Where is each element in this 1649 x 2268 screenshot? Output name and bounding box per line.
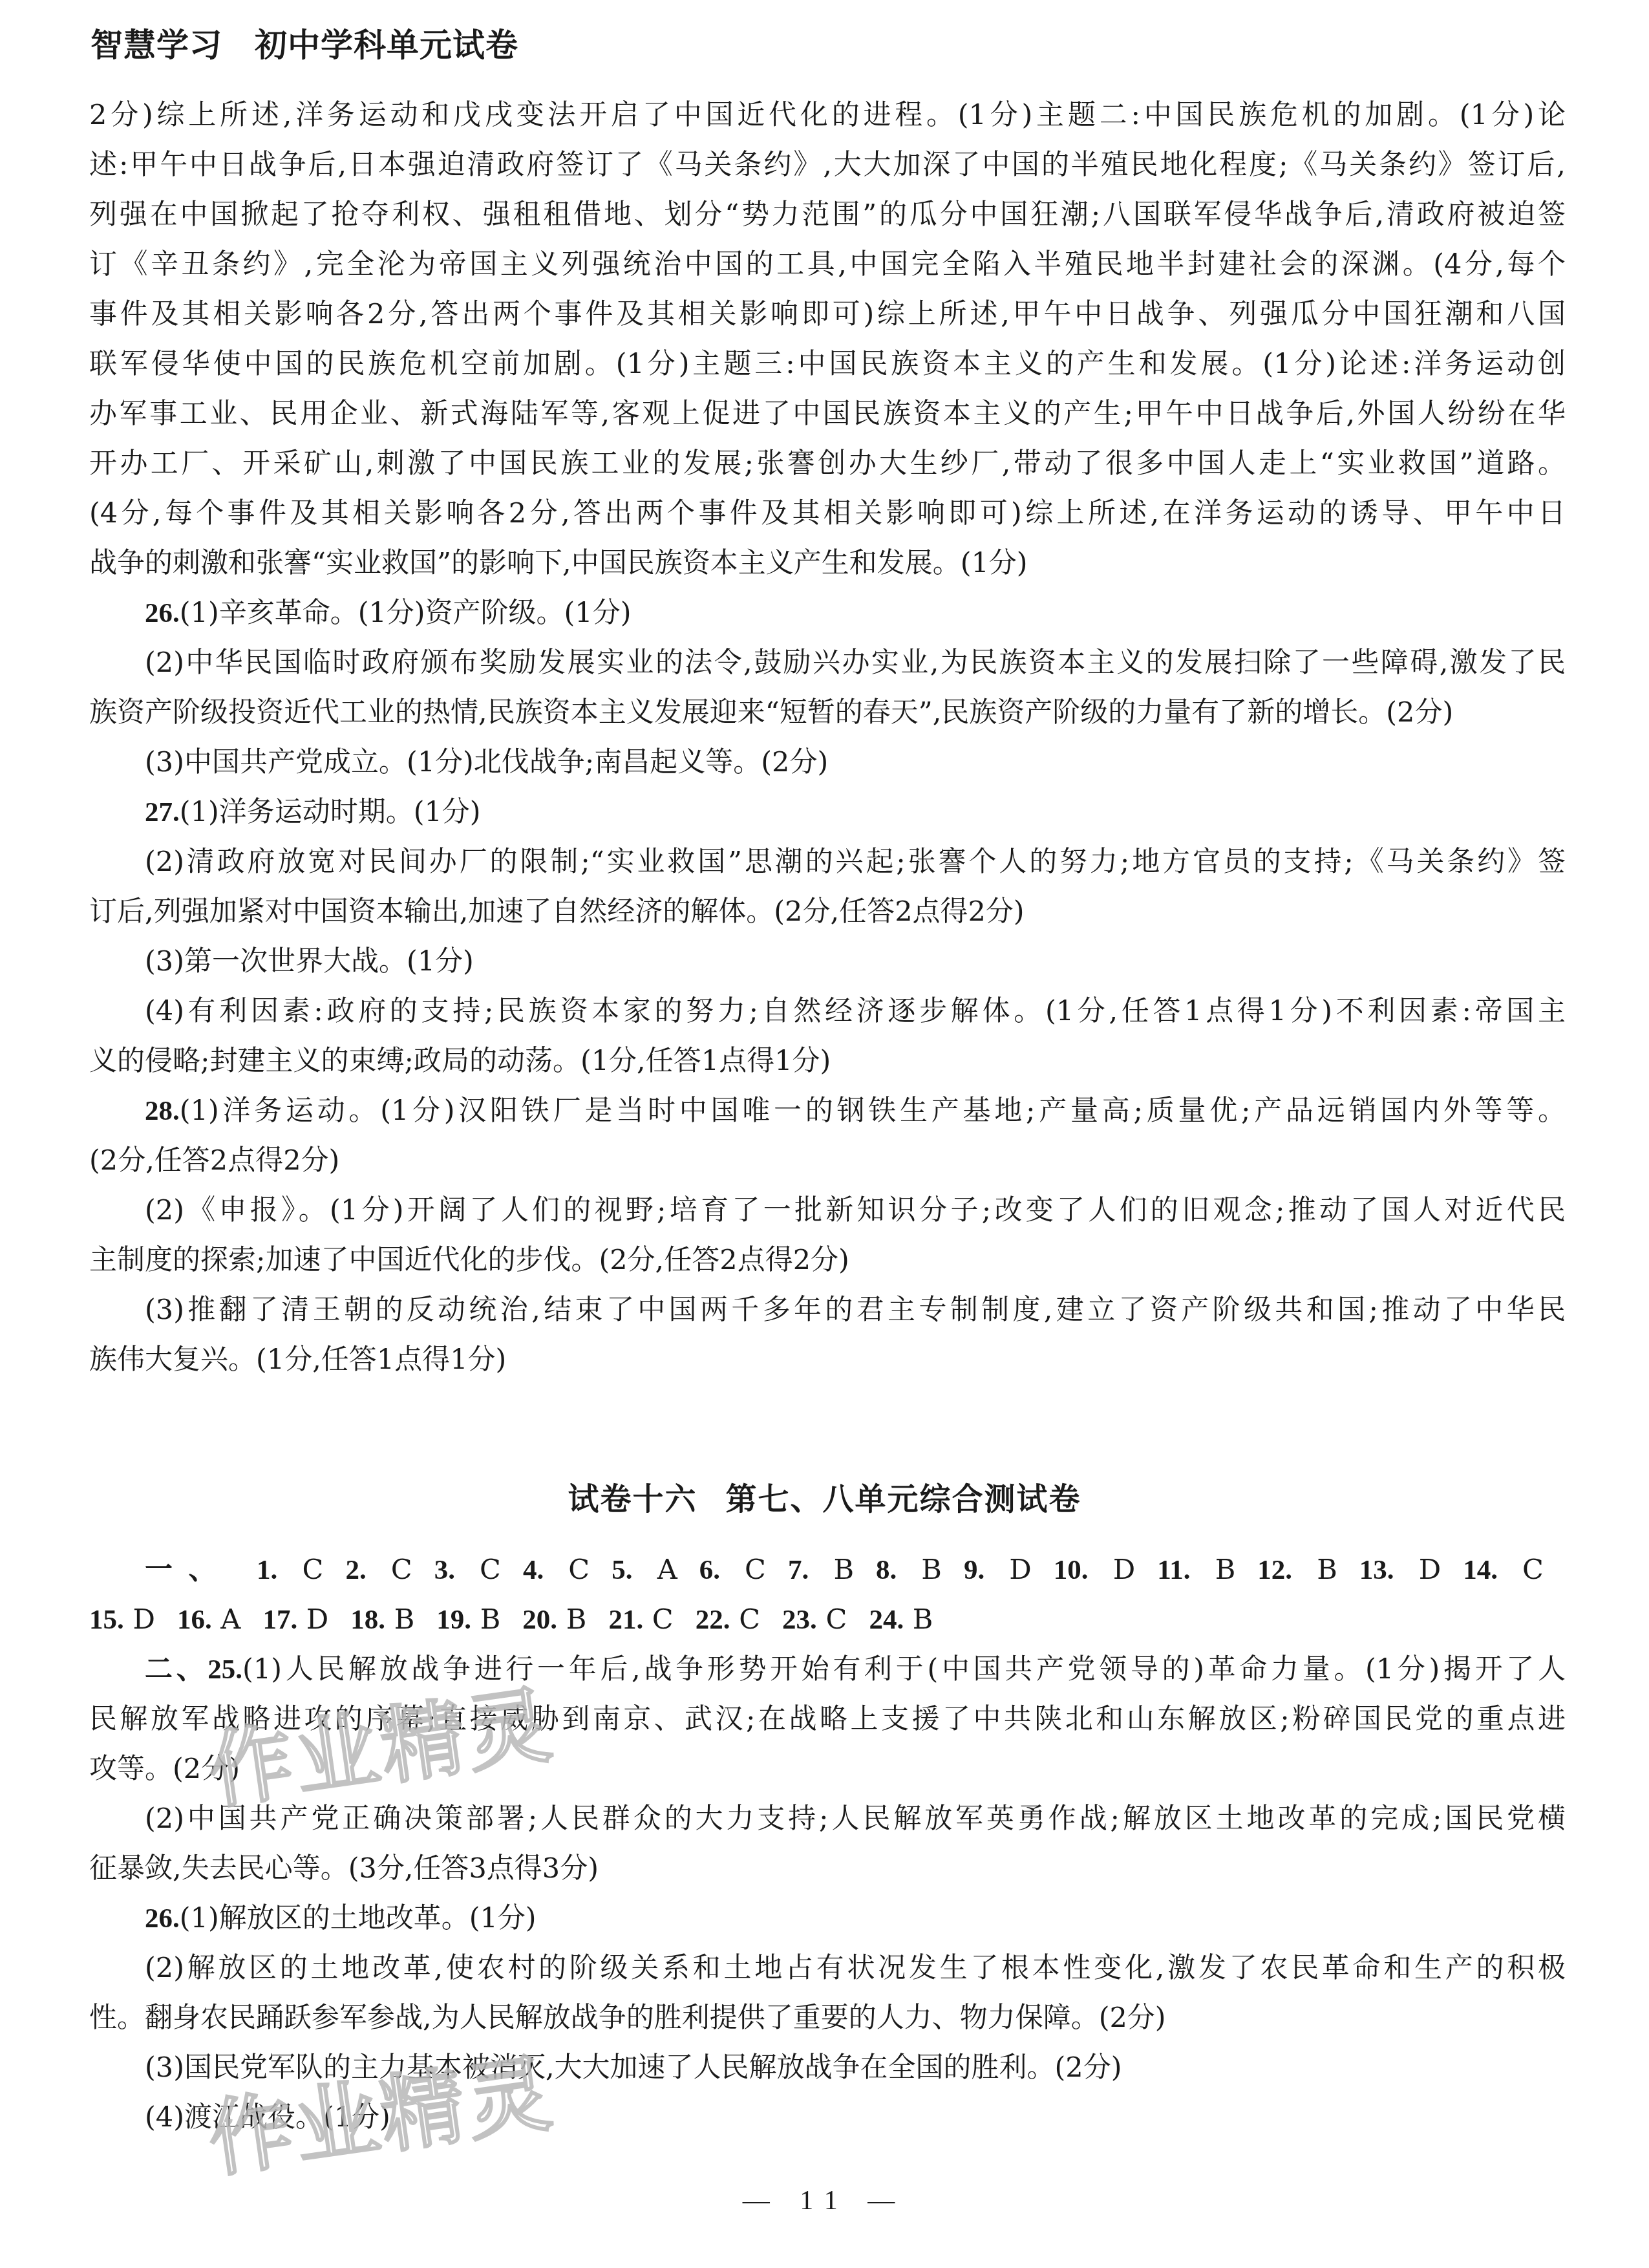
choice-answer: 12. B: [1257, 1554, 1337, 1586]
question-number: 26.: [145, 598, 180, 628]
question-27-part-3: (3)第一次世界大战。(1分): [89, 937, 1566, 987]
text-line: 2分)综上所述,洋务运动和戊戌变法开启了中国近代化的进程。(1分)主题二:中国民…: [89, 91, 1566, 140]
answer-letter: D: [984, 1554, 1032, 1586]
text-line: 战争的刺激和张謇“实业救国”的影响下,中国民族资本主义产生和发展。(1分): [89, 539, 1566, 588]
answer-text: (1)辛亥革命。(1分)资产阶级。(1分): [180, 597, 632, 629]
question-28-part-2-cont: 主制度的探索;加速了中国近代化的步伐。(2分,任答2点得2分): [89, 1236, 1566, 1285]
answer-letter: C: [720, 1554, 766, 1586]
question-number: 12.: [1257, 1555, 1292, 1585]
choice-answer: 9. D: [964, 1554, 1032, 1586]
question-number: 24.: [869, 1605, 904, 1635]
question-number: 9.: [964, 1555, 984, 1585]
answer-letter: C: [643, 1603, 674, 1636]
choice-answer: 17. D: [262, 1603, 328, 1636]
choice-answer: 5. A: [612, 1554, 677, 1586]
choice-answer: 18. B: [350, 1603, 414, 1636]
choice-answer: 6. C: [699, 1554, 766, 1586]
question-number: 3.: [434, 1555, 455, 1585]
question-27-part-2-cont: 订后,列强加紧对中国资本输出,加速了自然经济的解体。(2分,任答2点得2分): [89, 887, 1566, 937]
header-brand: 智慧学习: [90, 27, 222, 64]
answer-letter: A: [212, 1603, 241, 1636]
answer-letter: A: [633, 1554, 677, 1586]
choice-answer: 21. C: [608, 1603, 673, 1636]
choice-answer: 19. B: [436, 1603, 500, 1636]
question-28-part-2: (2)《申报》。(1分)开阔了人们的视野;培育了一批新知识分子;改变了人们的旧观…: [89, 1186, 1566, 1236]
answer-letter: C: [1498, 1554, 1544, 1586]
question-number: 13.: [1359, 1555, 1394, 1585]
text-line: 述:甲午中日战争后,日本强迫清政府签订了《马关条约》,大大加深了中国的半殖民地化…: [89, 140, 1566, 190]
question-27-part-1: 27.(1)洋务运动时期。(1分): [89, 787, 1566, 837]
text-line: 事件及其相关影响各2分,答出两个事件及其相关影响即可)综上所述,甲午中日战争、列…: [89, 290, 1566, 339]
part-label: 一、: [145, 1555, 232, 1585]
choice-answer: 16. A: [177, 1603, 240, 1636]
page-header: 智慧学习初中学科单元试卷: [90, 19, 518, 66]
text-line: 开办工厂、开采矿山,刺激了中国民族工业的发展;张謇创办大生纱厂,带动了很多中国人…: [89, 439, 1566, 489]
answer-letter: B: [809, 1554, 854, 1586]
question-number: 8.: [876, 1555, 897, 1585]
question-28-part-1-cont: (2分,任答2点得2分): [89, 1136, 1566, 1186]
choice-answer: 15. D: [89, 1603, 155, 1636]
answer-letter: D: [1089, 1554, 1136, 1586]
question-number: 25.: [207, 1654, 242, 1685]
question-number: 1.: [257, 1555, 277, 1585]
question-number: 26.: [145, 1903, 180, 1934]
question-number: 4.: [523, 1555, 544, 1585]
answer-letter: D: [124, 1603, 155, 1636]
question-28-part-1: 28.(1)洋务运动。(1分)汉阳铁厂是当时中国唯一的钢铁生产基地;产量高;质量…: [89, 1086, 1566, 1136]
question-number: 2.: [345, 1555, 366, 1585]
question-number: 17.: [262, 1605, 297, 1635]
answer-letter: D: [1394, 1554, 1442, 1586]
exam-16-answers: 一、 1. C2. C3. C4. C5. A6. C7. B8. B9. D1…: [89, 1545, 1566, 2143]
question-26-part-3: (3)国民党军队的主力基本被消灭,大大加速了人民解放战争在全国的胜利。(2分): [89, 2043, 1566, 2093]
choice-answer: 20. B: [522, 1603, 586, 1636]
answer-text: (1)洋务运动时期。(1分): [180, 796, 481, 828]
text-line: 订《辛丑条约》,完全沦为帝国主义列强统治中国的工具,中国完全陷入半殖民地半封建社…: [89, 240, 1566, 290]
answer-letter: C: [817, 1603, 847, 1636]
answer-text: (1)洋务运动。(1分)汉阳铁厂是当时中国唯一的钢铁生产基地;产量高;质量优;产…: [180, 1095, 1566, 1127]
text-line: 办军事工业、民用企业、新式海陆军等,客观上促进了中国民族资本主义的产生;甲午中日…: [89, 389, 1566, 439]
question-number: 10.: [1054, 1555, 1089, 1585]
question-number: 19.: [436, 1605, 471, 1635]
question-number: 6.: [699, 1555, 720, 1585]
part-label: 二、: [145, 1654, 207, 1685]
answer-letter: C: [455, 1554, 501, 1586]
choice-answer: 7. B: [788, 1554, 854, 1586]
question-number: 15.: [89, 1605, 124, 1635]
question-number: 7.: [788, 1555, 809, 1585]
question-number: 5.: [612, 1555, 632, 1585]
choice-answer: 2. C: [345, 1554, 412, 1586]
answer-letter: C: [730, 1603, 760, 1636]
answer-section-continued: 2分)综上所述,洋务运动和戊戌变法开启了中国近代化的进程。(1分)主题二:中国民…: [89, 91, 1566, 1385]
choice-answer: 4. C: [523, 1554, 590, 1586]
question-25-part-1-cont2: 攻等。(2分): [89, 1744, 1566, 1794]
choice-answer: 23. C: [782, 1603, 847, 1636]
choice-answer: 24. B: [869, 1603, 933, 1636]
choice-answer: 8. B: [876, 1554, 942, 1586]
answer-letter: D: [297, 1603, 328, 1636]
answer-letter: C: [544, 1554, 590, 1586]
answer-letter: B: [471, 1603, 500, 1636]
answer-letter: B: [904, 1603, 933, 1636]
question-25-part-2: (2)中国共产党正确决策部署;人民群众的大力支持;人民解放军英勇作战;解放区土地…: [89, 1794, 1566, 1844]
question-26-part-1: 26.(1)辛亥革命。(1分)资产阶级。(1分): [89, 588, 1566, 638]
question-number: 22.: [696, 1605, 730, 1635]
answer-letter: B: [897, 1554, 942, 1586]
choice-answers-row-2: 15. D16. A17. D18. B19. B20. B21. C22. C…: [89, 1595, 1566, 1645]
question-26-part-4: (4)渡江战役。(1分): [89, 2093, 1566, 2143]
choice-answer: 22. C: [696, 1603, 760, 1636]
text-line: 联军侵华使中国的民族危机空前加剧。(1分)主题三:中国民族资本主义的产生和发展。…: [89, 339, 1566, 389]
text-line: (4分,每个事件及其相关影响各2分,答出两个事件及其相关影响即可)综上所述,在洋…: [89, 489, 1566, 539]
question-number: 28.: [145, 1096, 180, 1126]
question-26-part-2: (2)解放区的土地改革,使农村的阶级关系和土地占有状况发生了根本性变化,激发了农…: [89, 1943, 1566, 1993]
answer-letter: B: [1191, 1554, 1236, 1586]
answer-letter: C: [367, 1554, 412, 1586]
answer-letter: C: [277, 1554, 323, 1586]
choice-answer: 1. C: [257, 1554, 323, 1586]
answer-letter: B: [1292, 1554, 1337, 1586]
answer-text: (1)解放区的土地改革。(1分): [180, 1902, 537, 1934]
page-number: — 11 —: [0, 2185, 1649, 2216]
question-number: 18.: [350, 1605, 385, 1635]
question-number: 20.: [522, 1605, 557, 1635]
question-27-part-4: (4)有利因素:政府的支持;民族资本家的努力;自然经济逐步解体。(1分,任答1点…: [89, 987, 1566, 1036]
question-26-part-1: 26.(1)解放区的土地改革。(1分): [89, 1894, 1566, 1943]
question-number: 23.: [782, 1605, 817, 1635]
question-number: 11.: [1157, 1555, 1190, 1585]
question-28-part-3: (3)推翻了清王朝的反动统治,结束了中国两千多年的君主专制制度,建立了资产阶级共…: [89, 1285, 1566, 1335]
question-28-part-3-cont: 族伟大复兴。(1分,任答1点得1分): [89, 1335, 1566, 1385]
choice-answers-row-1: 一、 1. C2. C3. C4. C5. A6. C7. B8. B9. D1…: [89, 1545, 1566, 1595]
exam-name: 第七、八单元综合测试卷: [726, 1481, 1081, 1517]
answer-letter: B: [557, 1603, 586, 1636]
choice-answer: 10. D: [1054, 1554, 1135, 1586]
question-25-part-2-cont: 征暴敛,失去民心等。(3分,任答3点得3分): [89, 1844, 1566, 1894]
question-26-part-2-cont: 族资产阶级投资近代工业的热情,民族资本主义发展迎来“短暂的春天”,民族资产阶级的…: [89, 688, 1566, 738]
choice-answer: 14. C: [1463, 1554, 1544, 1586]
question-27-part-2: (2)清政府放宽对民间办厂的限制;“实业救国”思潮的兴起;张謇个人的努力;地方官…: [89, 837, 1566, 887]
choice-answer: 11. B: [1157, 1554, 1235, 1586]
answer-text: (1)人民解放战争进行一年后,战争形势开始有利于(中国共产党领导的)革命力量。(…: [242, 1653, 1566, 1685]
choice-answer: 13. D: [1359, 1554, 1441, 1586]
question-25-part-1-cont: 民解放军战略进攻的序幕;直接威胁到南京、武汉;在战略上支援了中共陕北和山东解放区…: [89, 1695, 1566, 1744]
answer-letter: B: [385, 1603, 414, 1636]
header-subtitle: 初中学科单元试卷: [255, 27, 518, 64]
question-number: 21.: [608, 1605, 643, 1635]
question-number: 27.: [145, 797, 180, 828]
exam-number: 试卷十六: [568, 1481, 697, 1517]
question-27-part-4-cont: 义的侵略;封建主义的束缚;政局的动荡。(1分,任答1点得1分): [89, 1036, 1566, 1086]
exam-16-title: 试卷十六第七、八单元综合测试卷: [0, 1474, 1649, 1519]
text-line: 列强在中国掀起了抢夺利权、强租租借地、划分“势力范围”的瓜分中国狂潮;八国联军侵…: [89, 190, 1566, 240]
question-26-part-3: (3)中国共产党成立。(1分)北伐战争;南昌起义等。(2分): [89, 738, 1566, 787]
question-26-part-2-cont: 性。翻身农民踊跃参军参战,为人民解放战争的胜利提供了重要的人力、物力保障。(2分…: [89, 1993, 1566, 2043]
question-25-part-1: 二、25.(1)人民解放战争进行一年后,战争形势开始有利于(中国共产党领导的)革…: [89, 1645, 1566, 1695]
question-number: 16.: [177, 1605, 212, 1635]
question-26-part-2: (2)中华民国临时政府颁布奖励发展实业的法令,鼓励兴办实业,为民族资本主义的发展…: [89, 638, 1566, 688]
choice-answer: 3. C: [434, 1554, 501, 1586]
question-number: 14.: [1463, 1555, 1498, 1585]
